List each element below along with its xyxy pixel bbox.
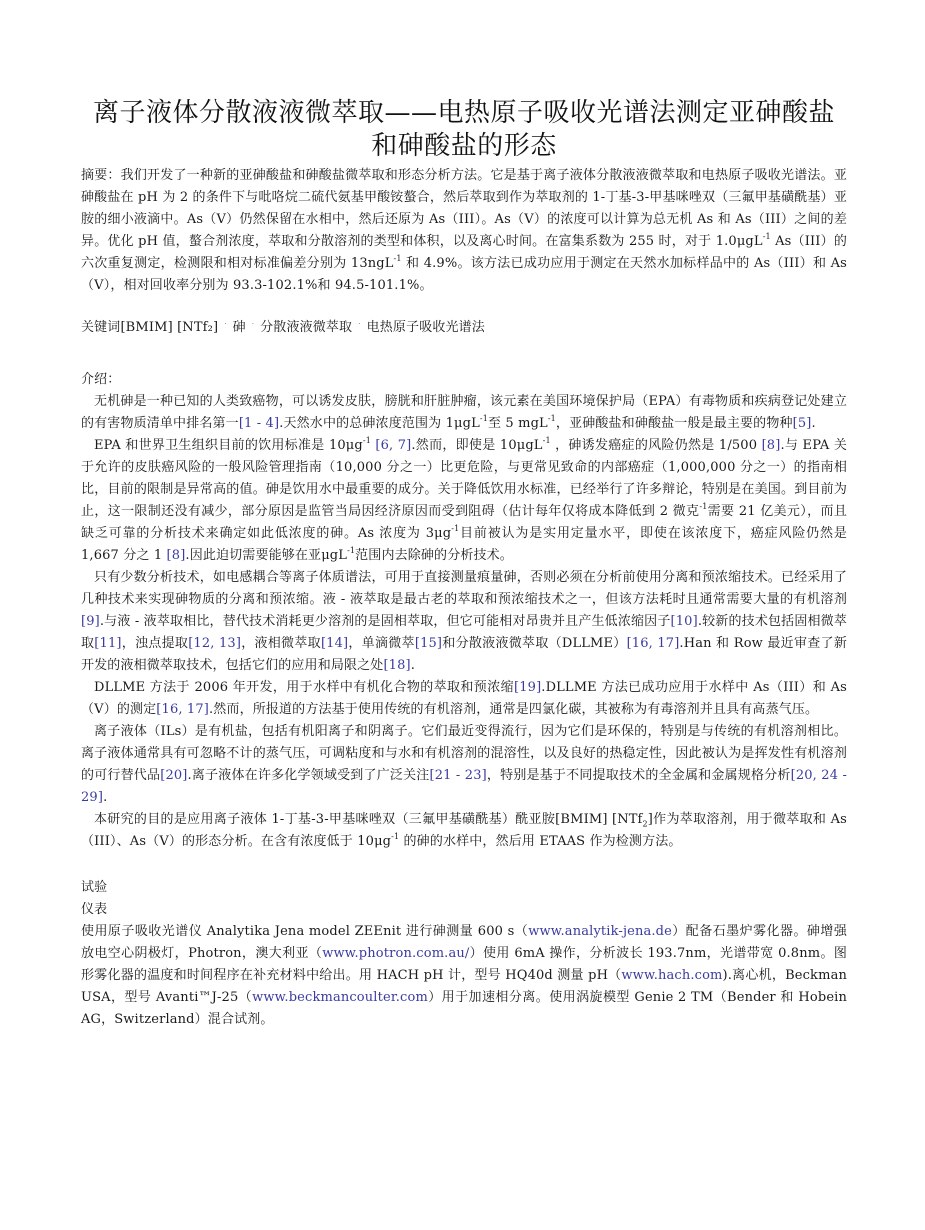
citation-link[interactable]: [5] [793, 416, 812, 431]
keyword-separator: · [224, 320, 226, 328]
citation-link[interactable]: [12, 13] [188, 636, 241, 651]
experiment-heading: 试验 [81, 877, 847, 899]
intro-paragraph-5: 离子液体（ILs）是有机盐，包括有机阳离子和阴离子。它们最近变得流行，因为它们是… [81, 721, 847, 809]
keyword-item: 分散液液微萃取 [260, 320, 352, 335]
citation-link[interactable]: [15] [415, 636, 442, 651]
instruments-paragraph: 使用原子吸收光谱仪 Analytika Jena model ZEEnit 进行… [81, 921, 847, 1031]
keywords-label: 关键词 [81, 320, 120, 335]
intro-paragraph-2: EPA 和世界卫生组织目前的饮用标准是 10μg-1 [6, 7].然而，即使是… [81, 435, 847, 567]
superscript: -1 [763, 232, 771, 241]
citation-link[interactable]: www.beckmancoulter.com [252, 990, 428, 1005]
intro-paragraph-4: DLLME 方法于 2006 年开发，用于水样中有机化合物的萃取和预浓缩[19]… [81, 677, 847, 721]
citation-link[interactable]: [18] [383, 658, 410, 673]
citation-link[interactable]: [8] [167, 548, 186, 563]
paper-page: 离子液体分散液液微萃取——电热原子吸收光谱法测定亚砷酸盐和砷酸盐的形态 摘要：我… [81, 97, 847, 1031]
citation-link[interactable]: www.photron.com.au/ [322, 946, 469, 961]
citation-link[interactable]: [11] [94, 636, 121, 651]
subscript: 2 [643, 820, 648, 829]
keyword-item: 电热原子吸收光谱法 [367, 320, 485, 335]
citation-link[interactable]: [10] [671, 614, 698, 629]
superscript: -1 [347, 546, 355, 555]
citation-link[interactable]: [8] [762, 438, 781, 453]
citation-link[interactable]: [14] [321, 636, 348, 651]
intro-paragraph-1: 无机砷是一种已知的人类致癌物，可以诱发皮肤，膀胱和肝脏肿瘤，该元素在美国环境保护… [81, 391, 847, 435]
paper-title: 离子液体分散液液微萃取——电热原子吸收光谱法测定亚砷酸盐和砷酸盐的形态 [81, 97, 847, 163]
citation-link[interactable]: [20] [160, 768, 187, 783]
keyword-item: [BMIM] [NTf₂] [120, 320, 218, 335]
citation-link[interactable]: [6, 7] [375, 438, 411, 453]
citation-link[interactable]: [1 - 4] [239, 416, 279, 431]
keyword-separator: · [252, 320, 254, 328]
superscript: -1 [699, 502, 707, 511]
keyword-separator: · [358, 320, 360, 328]
intro-paragraph-3: 只有少数分析技术，如电感耦合等离子体质谱法，可用于直接测量痕量砷，否则必须在分析… [81, 567, 847, 677]
citation-link[interactable]: [16, 17] [156, 702, 209, 717]
citation-link[interactable]: [21 - 23] [430, 768, 487, 783]
citation-link[interactable]: [9] [81, 614, 100, 629]
citation-link[interactable]: [16, 17] [627, 636, 680, 651]
superscript: -1 [543, 436, 551, 445]
superscript: -1 [394, 254, 402, 263]
superscript: -1 [391, 832, 399, 841]
superscript: -1 [548, 414, 556, 423]
citation-link[interactable]: www.hach.com [621, 968, 722, 983]
superscript: -1 [451, 524, 459, 533]
citation-link[interactable]: www.analytik-jena.de [528, 924, 672, 939]
citation-link[interactable]: [19] [514, 680, 541, 695]
intro-paragraph-6: 本研究的目的是应用离子液体 1-丁基-3-甲基咪唑双（三氟甲基磺酰基）酰亚胺[B… [81, 809, 847, 853]
keyword-item: 砷 [233, 320, 246, 335]
superscript: -1 [363, 436, 371, 445]
intro-heading: 介绍： [81, 369, 847, 391]
abstract: 摘要：我们开发了一种新的亚砷酸盐和砷酸盐微萃取和形态分析方法。它是基于离子液体分… [81, 165, 847, 297]
instruments-heading: 仪表 [81, 899, 847, 921]
keywords-list: [BMIM] [NTf₂]·砷·分散液液微萃取·电热原子吸收光谱法 [120, 320, 485, 335]
keywords: 关键词[BMIM] [NTf₂]·砷·分散液液微萃取·电热原子吸收光谱法 [81, 313, 847, 339]
superscript: -1 [480, 414, 488, 423]
